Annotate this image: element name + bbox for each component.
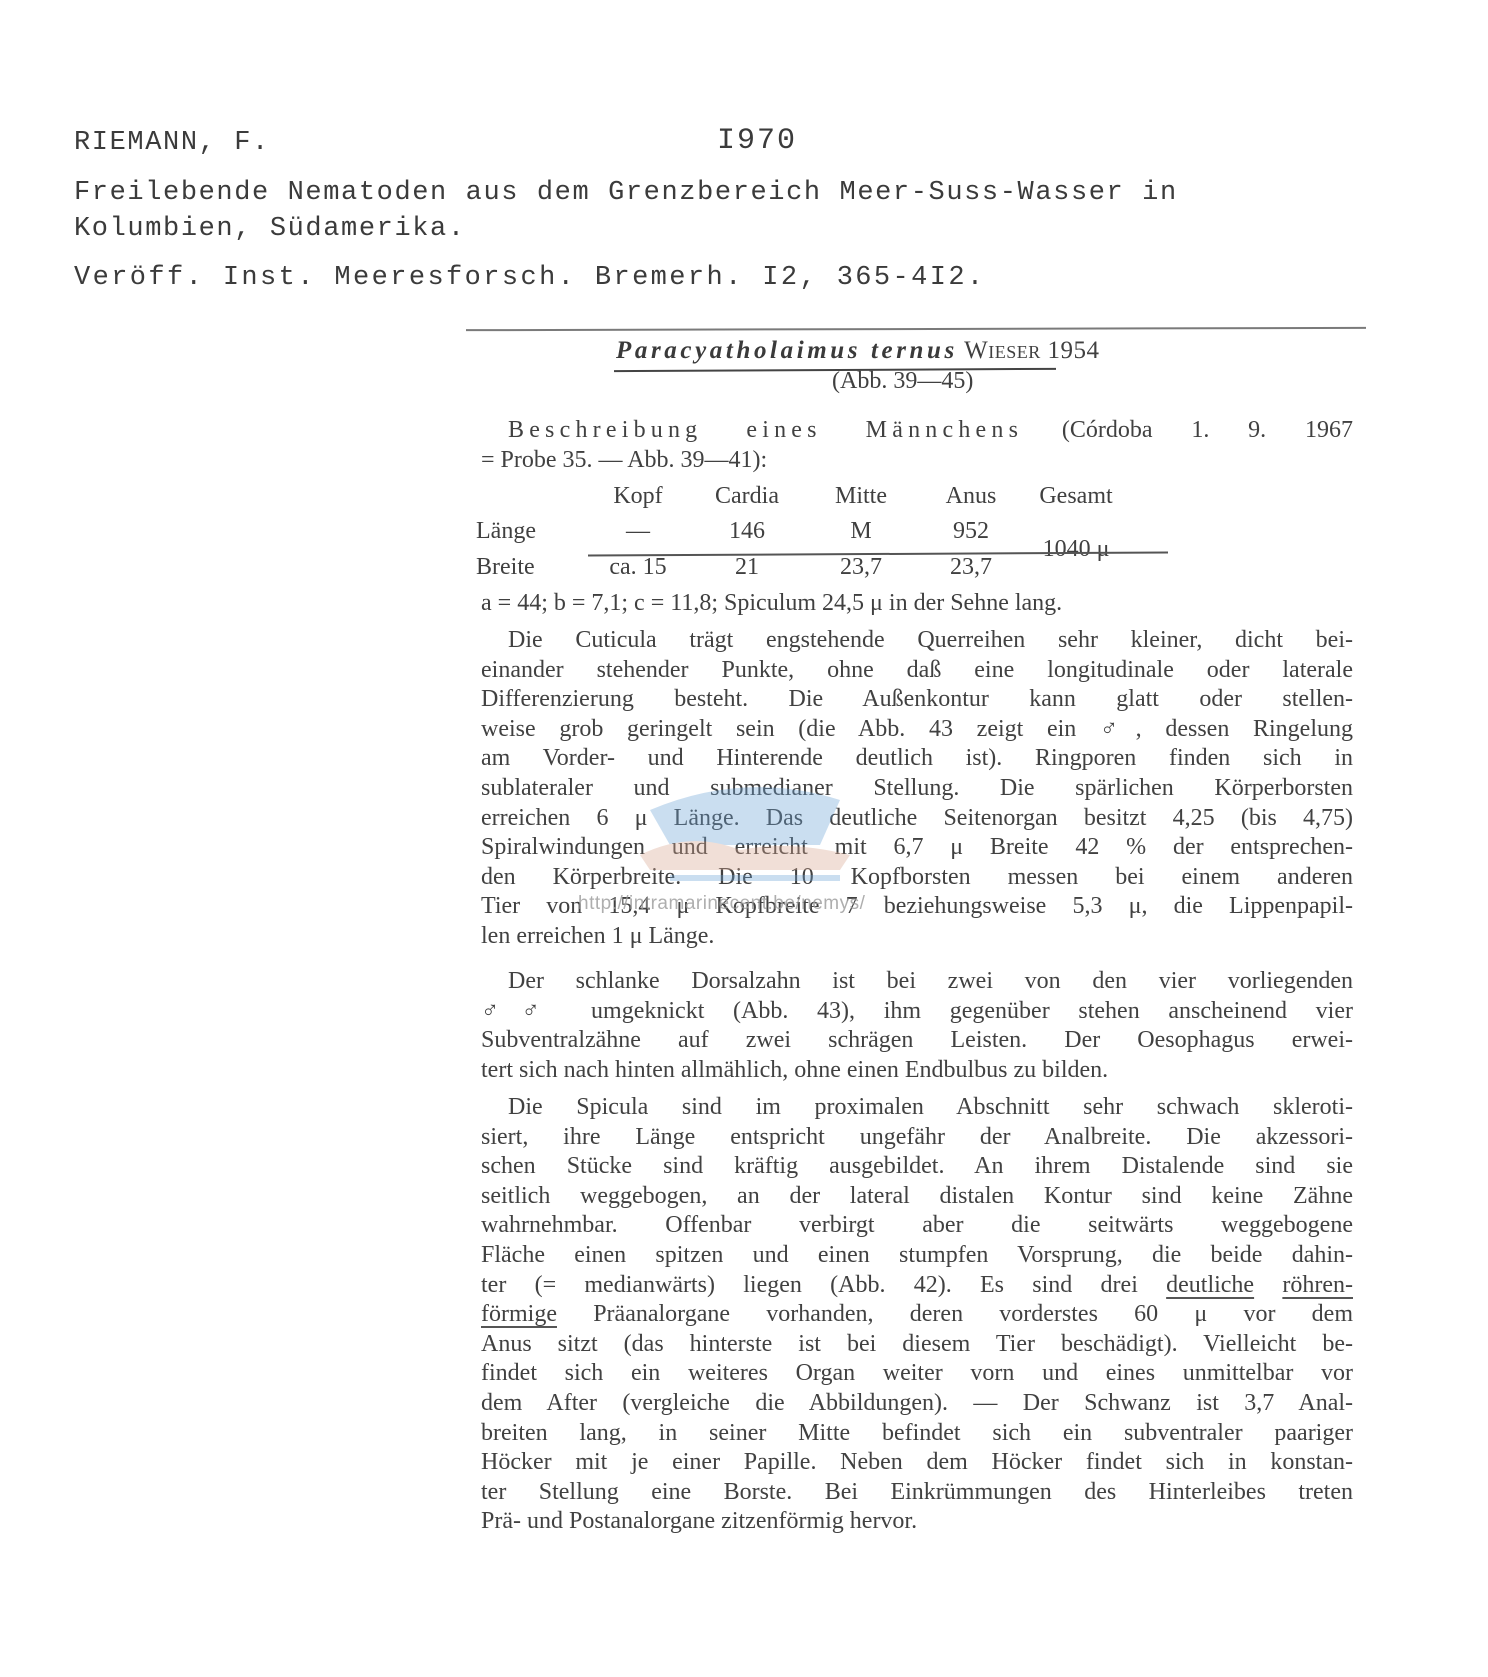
citation-author: RIEMANN, F. (74, 128, 270, 158)
table-header: Anus (916, 479, 1026, 513)
text-line: Die Spicula sind im proximalen Abschnitt… (481, 1093, 1353, 1123)
text-line: förmige Präanalorgane vorhanden, deren v… (481, 1300, 1353, 1330)
watermark-url: http://intramarinecent.be/nemys/ (578, 893, 865, 915)
table-cell: M (806, 513, 916, 549)
text-line: wahrnehmbar. Offenbar verbirgt aber die … (481, 1211, 1353, 1241)
text-line: dem After (vergleiche die Abbildungen). … (481, 1389, 1353, 1419)
text-fragment: Präanalorgane vorhanden, deren vorderste… (557, 1301, 1353, 1327)
paragraph-spicula: Die Spicula sind im proximalen Abschnitt… (481, 1093, 1353, 1537)
total-length: 1040 μ (1026, 513, 1126, 585)
citation-title-line-1: Freilebende Nematoden aus dem Grenzberei… (74, 178, 1178, 208)
text-line: den Körperbreite. Die 10 Kopfborsten mes… (481, 863, 1353, 893)
species-figures: (Abb. 39—45) (832, 368, 973, 395)
table-header: Kopf (588, 479, 688, 513)
body-ratios: a = 44; b = 7,1; c = 11,8; Spiculum 24,5… (481, 590, 1062, 617)
text-line: ter (= medianwärts) liegen (Abb. 42). Es… (481, 1271, 1353, 1301)
text-line: seitlich weggebogen, an der lateral dist… (481, 1182, 1353, 1212)
description-title: Beschreibung eines Männchens (508, 417, 1023, 443)
text-line: schen Stücke sind kräftig ausgebildet. A… (481, 1152, 1353, 1182)
table-header: Mitte (806, 479, 916, 513)
underlined-text: deutliche (1166, 1272, 1254, 1298)
text-line: ♂♂ umgeknickt (Abb. 43), ihm gegenüber s… (481, 997, 1353, 1027)
text-fragment: ter (= medianwärts) liegen (Abb. 42). Es… (481, 1272, 1166, 1298)
text-line: Anus sitzt (das hinterste ist bei diesem… (481, 1330, 1353, 1360)
text-line: tert sich nach hinten allmählich, ohne e… (481, 1056, 1353, 1086)
table-header: Gesamt (1026, 479, 1126, 513)
citation-title-line-2: Kolumbien, Südamerika. (74, 214, 466, 244)
table-cell: 23,7 (916, 549, 1026, 585)
text-line: einander stehender Punkte, ohne daß eine… (481, 656, 1353, 686)
text-line: sublateraler und submedianer Stellung. D… (481, 774, 1353, 804)
text-line: weise grob geringelt sein (die Abb. 43 z… (481, 715, 1353, 745)
description-locality: (Córdoba 1. 9. 1967 (1023, 417, 1353, 443)
row-label: Breite (476, 549, 588, 585)
species-heading: Paracyatholaimus ternus Wieser 1954 (616, 337, 1099, 365)
table-header-row: Kopf Cardia Mitte Anus Gesamt (476, 479, 1126, 513)
text-line: Prä- und Postanalorgane zitzenförmig her… (481, 1507, 1353, 1537)
citation-journal: Veröff. Inst. Meeresforsch. Bremerh. I2,… (74, 263, 986, 293)
text-line: Differenzierung besteht. Die Außenkontur… (481, 685, 1353, 715)
paragraph-dorsalzahn: Der schlanke Dorsalzahn ist bei zwei von… (481, 967, 1353, 1085)
text-line: len erreichen 1 μ Länge. (481, 922, 1353, 952)
table-cell: 146 (688, 513, 806, 549)
text-line: Spiralwindungen und erreicht mit 6,7 μ B… (481, 833, 1353, 863)
text-line: siert, ihre Länge entspricht ungefähr de… (481, 1123, 1353, 1153)
table-cell: 952 (916, 513, 1026, 549)
section-divider (466, 327, 1366, 331)
table-cell: — (588, 513, 688, 549)
species-name: Paracyatholaimus ternus (616, 337, 958, 364)
text-line: ter Stellung eine Borste. Bei Einkrümmun… (481, 1478, 1353, 1508)
underlined-text: röhren- (1282, 1272, 1353, 1298)
row-label: Länge (476, 513, 588, 549)
table-header (476, 479, 588, 513)
table-header: Cardia (688, 479, 806, 513)
text-line: breiten lang, in seiner Mitte befindet s… (481, 1419, 1353, 1449)
text-line: Höcker mit je einer Papille. Neben dem H… (481, 1448, 1353, 1478)
measurement-table: Kopf Cardia Mitte Anus Gesamt Länge — 14… (476, 479, 1126, 585)
text-line: findet sich ein weiteres Organ weiter vo… (481, 1359, 1353, 1389)
table-row: Länge — 146 M 952 1040 μ (476, 513, 1126, 549)
description-sample: = Probe 35. — Abb. 39—41): (481, 446, 1353, 476)
text-line: Fläche einen spitzen und einen stumpfen … (481, 1241, 1353, 1271)
text-line: Subventralzähne auf zwei schrägen Leiste… (481, 1026, 1353, 1056)
text-fragment (1254, 1272, 1282, 1298)
text-line: Die Cuticula trägt engstehende Querreihe… (481, 626, 1353, 656)
description-heading: Beschreibung eines Männchens (Córdoba 1.… (481, 416, 1353, 475)
text-line: am Vorder- und Hinterende deutlich ist).… (481, 744, 1353, 774)
citation-year: I970 (717, 124, 797, 158)
text-line: Der schlanke Dorsalzahn ist bei zwei von… (481, 967, 1353, 997)
text-line: erreichen 6 μ Länge. Das deutliche Seite… (481, 804, 1353, 834)
underlined-text: förmige (481, 1301, 557, 1327)
species-authority: Wieser 1954 (964, 337, 1099, 364)
